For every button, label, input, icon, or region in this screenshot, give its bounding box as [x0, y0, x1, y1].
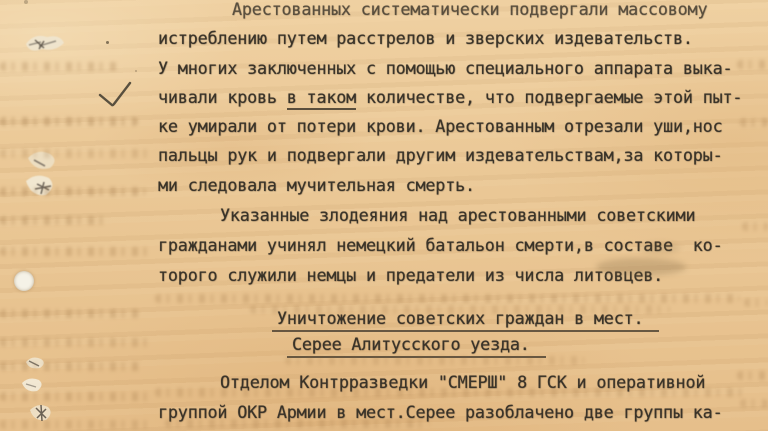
bleed-through-smudge — [250, 305, 670, 314]
bleed-through-smudge — [0, 247, 150, 256]
text-line: Арестованных систематически подвергали м… — [232, 0, 707, 20]
ink-speck — [106, 41, 109, 44]
ink-smudge — [596, 258, 686, 276]
paper-tear-mark — [20, 29, 70, 59]
section-heading-line2: Серее Алитусского уезда. — [287, 334, 546, 355]
text-line-with-underline: чивали кровь в таком количестве, что под… — [158, 87, 742, 108]
bleed-through-smudge — [742, 222, 768, 231]
bleed-through-smudge — [0, 392, 150, 401]
bleed-through-smudge — [0, 309, 140, 318]
text-line: торого служили немцы и предатели из числ… — [158, 265, 663, 286]
text-segment: чивали кровь — [158, 87, 287, 107]
ink-speck — [24, 0, 28, 4]
bleed-through-smudge — [0, 117, 138, 126]
text-line: ке умирали от потери крови. Арестованным… — [158, 116, 722, 137]
bleed-through-smudge — [0, 420, 150, 429]
text-line: гражданами учинял немецкий батальон смер… — [158, 235, 722, 256]
bleed-through-smudge — [0, 216, 110, 225]
bleed-through-smudge — [737, 60, 768, 69]
bleed-through-smudge — [0, 338, 150, 347]
bleed-through-smudge — [0, 62, 118, 71]
text-line: истреблению путем расстрелов и зверских … — [158, 28, 693, 49]
underlined-phrase: в таком — [287, 87, 356, 110]
bleed-through-smudge — [165, 419, 430, 428]
bleed-through-smudge — [285, 356, 585, 365]
bleed-through-smudge — [744, 298, 768, 307]
punch-hole — [14, 271, 34, 291]
text-line: пальцы рук и подвергали другим издевател… — [158, 145, 722, 166]
document-page: Арестованных систематически подвергали м… — [0, 0, 768, 431]
bleed-through-smudge — [0, 149, 150, 158]
bleed-through-smudge — [155, 294, 740, 303]
bleed-through-smudge — [0, 187, 146, 196]
text-line: У многих заключенных с помощью специальн… — [158, 58, 732, 79]
heading-text: Серее Алитусского уезда. — [287, 334, 546, 358]
bleed-through-smudge — [0, 362, 142, 371]
text-segment: количестве, что подвергаемые этой пыт- — [356, 87, 742, 107]
ink-smudge — [640, 242, 680, 254]
bleed-through-smudge — [740, 399, 768, 408]
bleed-through-smudge — [740, 118, 768, 127]
ink-speck — [135, 70, 137, 72]
checkmark-icon — [92, 78, 136, 112]
text-line: ми следовала мучительная смерть. — [158, 175, 475, 196]
bleed-through-smudge — [155, 388, 743, 397]
bleed-through-smudge — [737, 371, 768, 380]
text-line: Указанные злодеяния над арестованными со… — [220, 205, 695, 226]
